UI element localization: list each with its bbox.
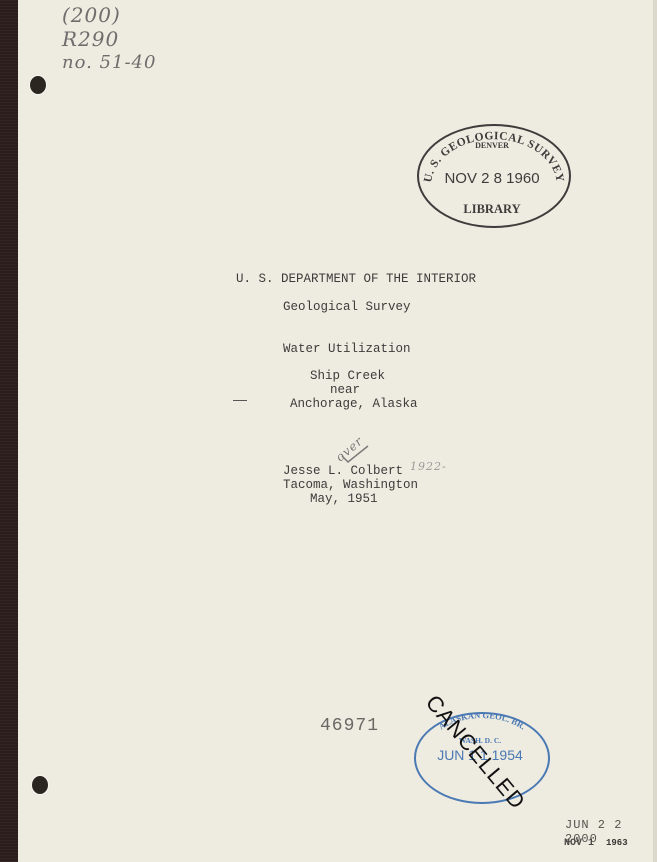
stamp-label: LIBRARY xyxy=(417,202,567,217)
agency-name: Geological Survey xyxy=(283,300,411,314)
check-mark-icon xyxy=(340,444,370,464)
date-stamp-line2: NOV 1 xyxy=(564,838,594,849)
author-name: Jesse L. Colbert xyxy=(283,464,403,478)
punch-hole-bottom xyxy=(32,776,48,794)
punch-hole-top xyxy=(30,76,46,94)
date-stamp-line2-year: 1963 xyxy=(606,838,628,848)
page-edge xyxy=(653,0,657,862)
author-place: Tacoma, Washington xyxy=(283,478,418,492)
stamp-city: DENVER xyxy=(417,141,567,150)
stamp-date: NOV 2 8 1960 xyxy=(417,170,567,187)
binding-edge xyxy=(0,0,18,862)
location-line2: near xyxy=(330,383,360,397)
location-line3: Anchorage, Alaska xyxy=(290,397,418,411)
handwritten-note-line1: (200) xyxy=(62,4,121,26)
handwritten-note-line3: no. 51-40 xyxy=(62,52,156,74)
report-date: May, 1951 xyxy=(310,492,378,506)
department-heading: U. S. DEPARTMENT OF THE INTERIOR xyxy=(236,272,476,286)
handwritten-margin-note: 1922- xyxy=(410,456,447,478)
handwritten-note-line2: R290 xyxy=(62,28,119,50)
location-line1: Ship Creek xyxy=(310,369,385,383)
library-stamp: U. S. GEOLOGICAL SURVEY DENVER NOV 2 8 1… xyxy=(417,124,571,228)
report-subject: Water Utilization xyxy=(283,342,411,356)
stray-mark xyxy=(233,400,247,401)
accession-number: 46971 xyxy=(320,716,379,736)
